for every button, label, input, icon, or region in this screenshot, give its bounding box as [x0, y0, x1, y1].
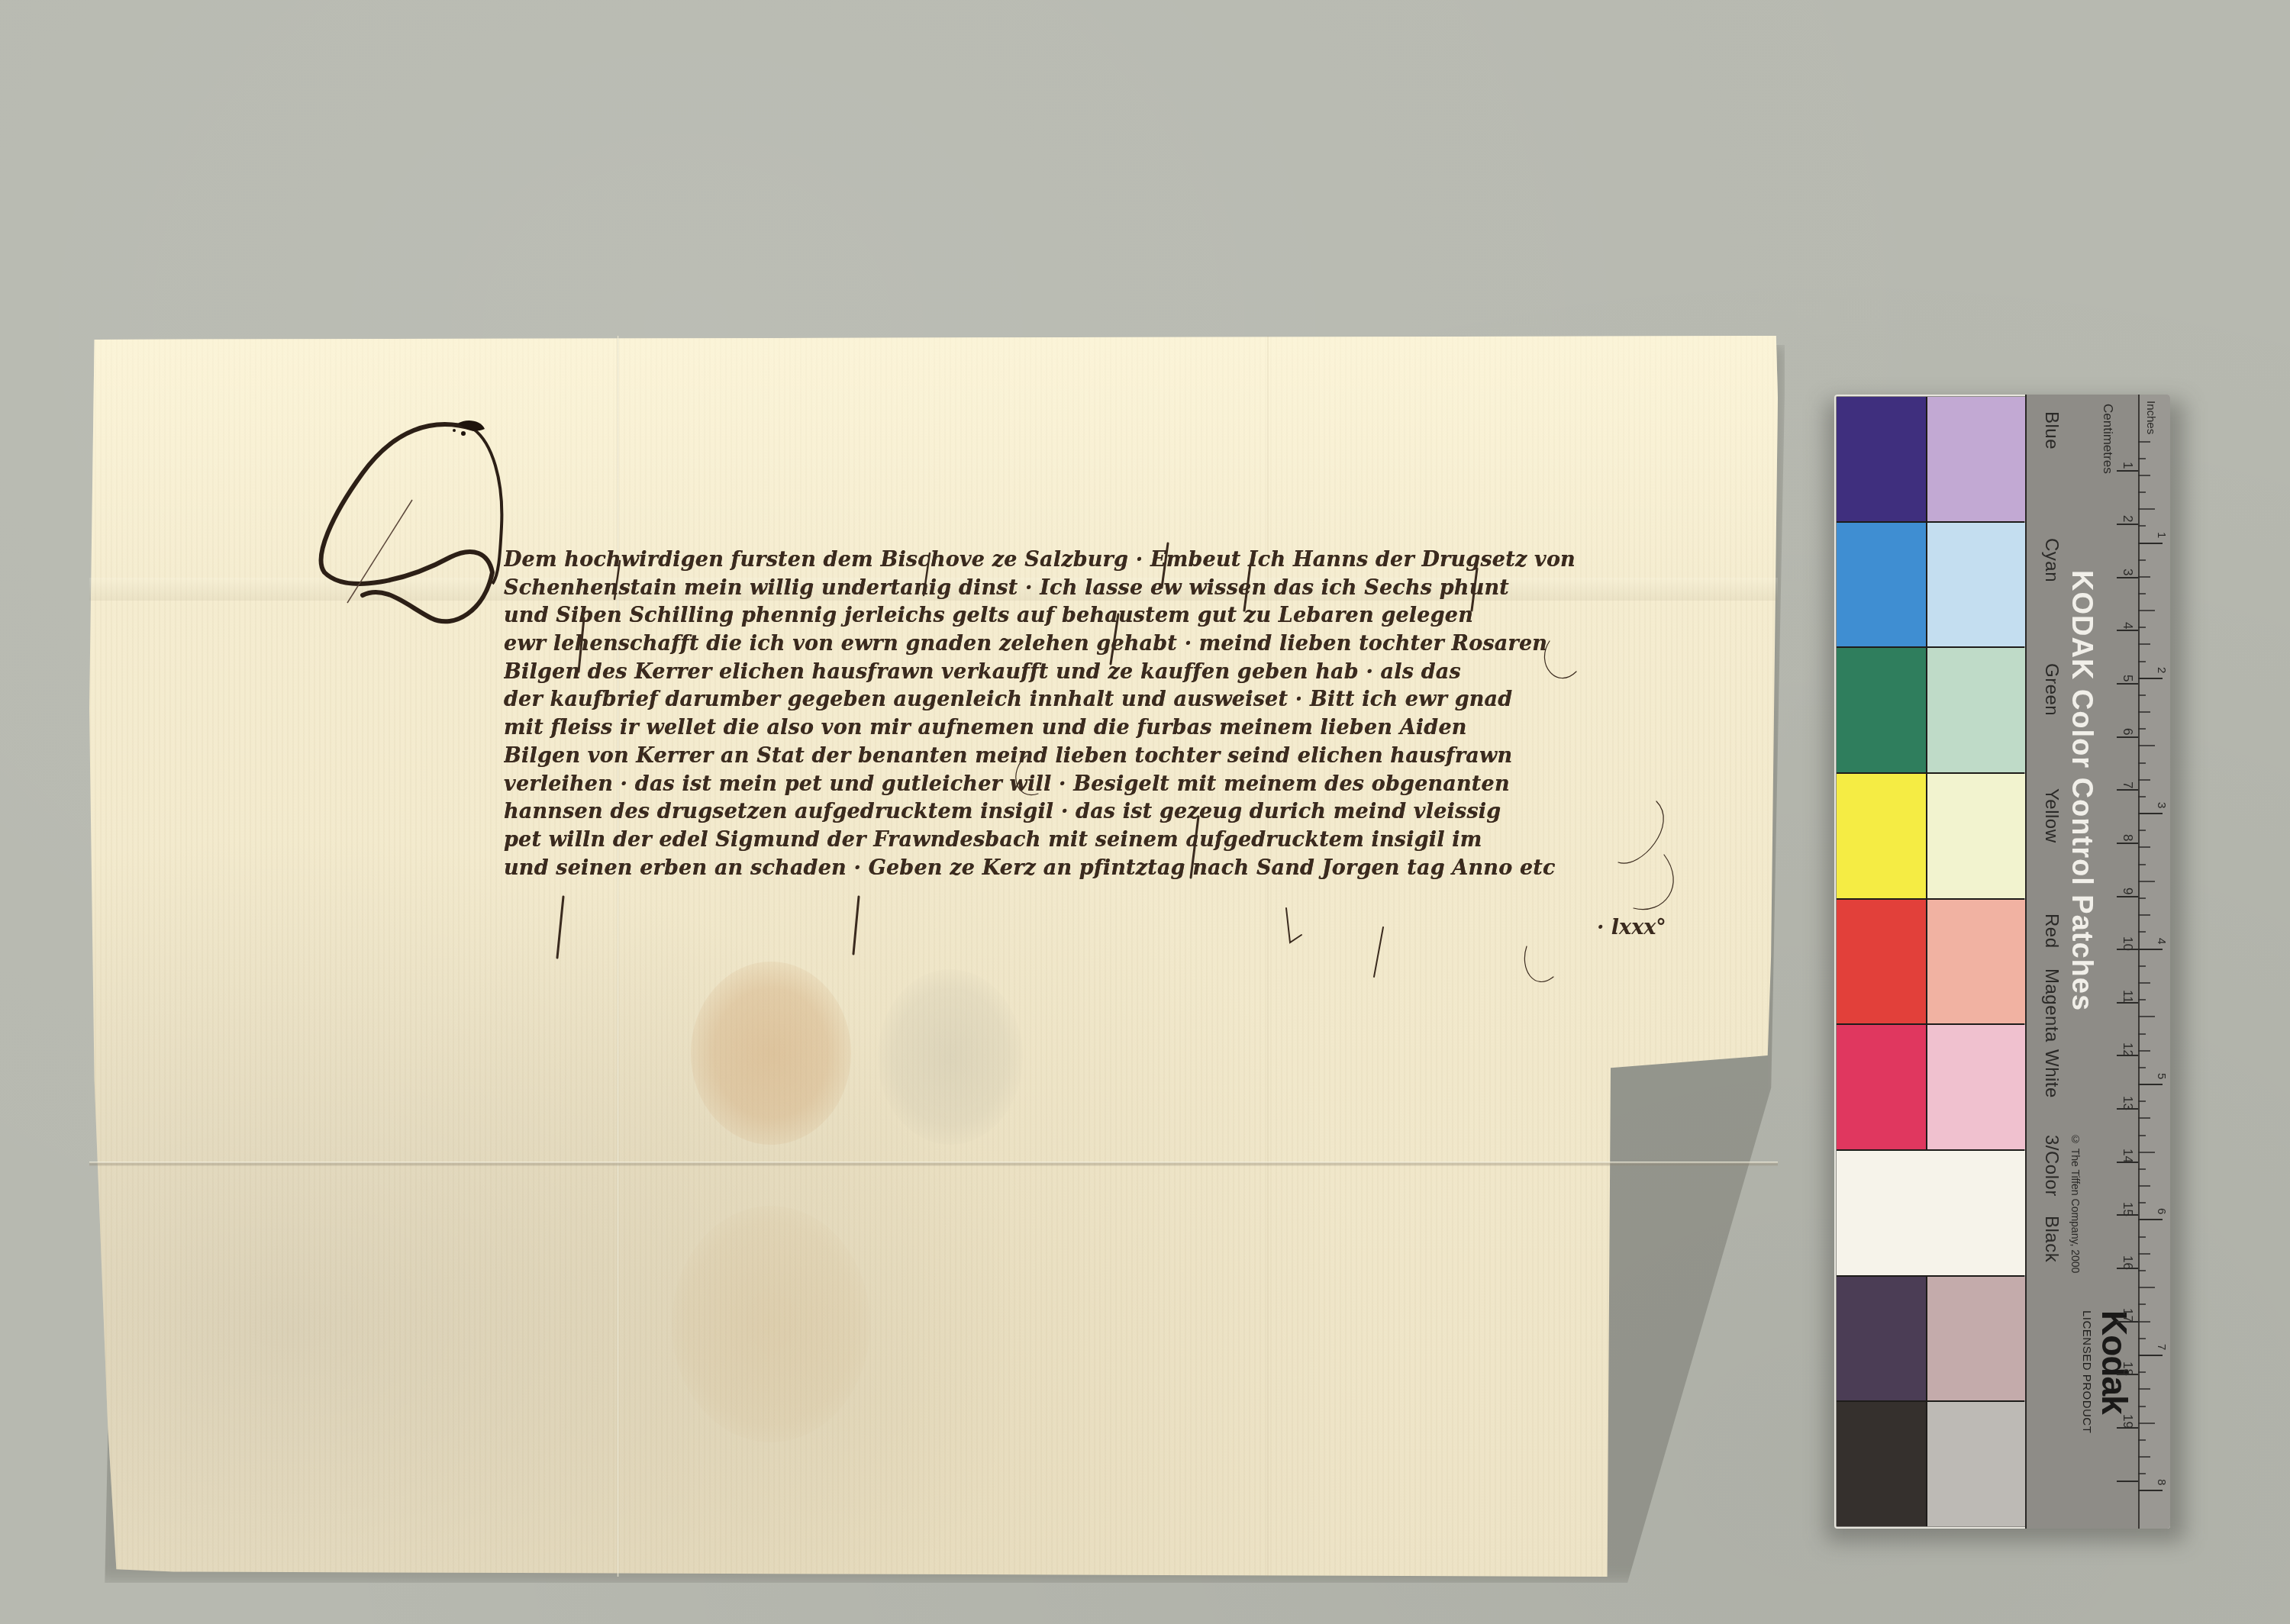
vertical-fold-crease	[617, 336, 619, 1577]
manuscript-line-10: hannsen des drugsetzen aufgedrucktem ins…	[504, 798, 1695, 826]
decorated-initial-d-icon	[302, 412, 523, 641]
manuscript-line-11: pet willn der edel Sigmund der Frawndesb…	[504, 826, 1695, 855]
seal-stain	[691, 962, 851, 1145]
faint-vertical-fold	[1267, 336, 1269, 1577]
faint-seal-stain	[878, 969, 1023, 1145]
manuscript-line-2: Schenhenstain mein willig undertanig din…	[504, 575, 1695, 603]
manuscript-line-12: und seinen erben an schaden · Geben ze K…	[504, 855, 1695, 883]
manuscript-line-5: Bilgen des Kerrer elichen hausfrawn verk…	[504, 659, 1695, 687]
lower-stain	[672, 1206, 870, 1442]
kodak-color-control-card: Blue Cyan Green Yellow Red Magenta White…	[1834, 395, 2170, 1529]
ruler-ticks-icon	[1834, 395, 2170, 1529]
manuscript-line-4: ewr lehenschafft die ich von ewrn gnaden…	[504, 630, 1695, 659]
date-trailer: · lxxx°	[1597, 916, 1666, 939]
manuscript-line-1: Dem hochwirdigen fursten dem Bischove ze…	[504, 546, 1695, 575]
manuscript-line-9: verleihen · das ist mein pet und gutleic…	[504, 771, 1695, 799]
manuscript-line-6: der kaufbrief darumber gegeben augenleic…	[504, 686, 1695, 714]
manuscript-text-block: Dem hochwirdigen fursten dem Bischove ze…	[504, 546, 1695, 882]
manuscript-line-8: Bilgen von Kerrer an Stat der benanten m…	[504, 743, 1695, 771]
horizontal-fold-crease	[89, 1162, 1778, 1166]
manuscript-line-3: und Siben Schilling phennig jerleichs ge…	[504, 602, 1695, 630]
manuscript-line-7: mit fleiss ir wellet die also von mir au…	[504, 714, 1695, 743]
